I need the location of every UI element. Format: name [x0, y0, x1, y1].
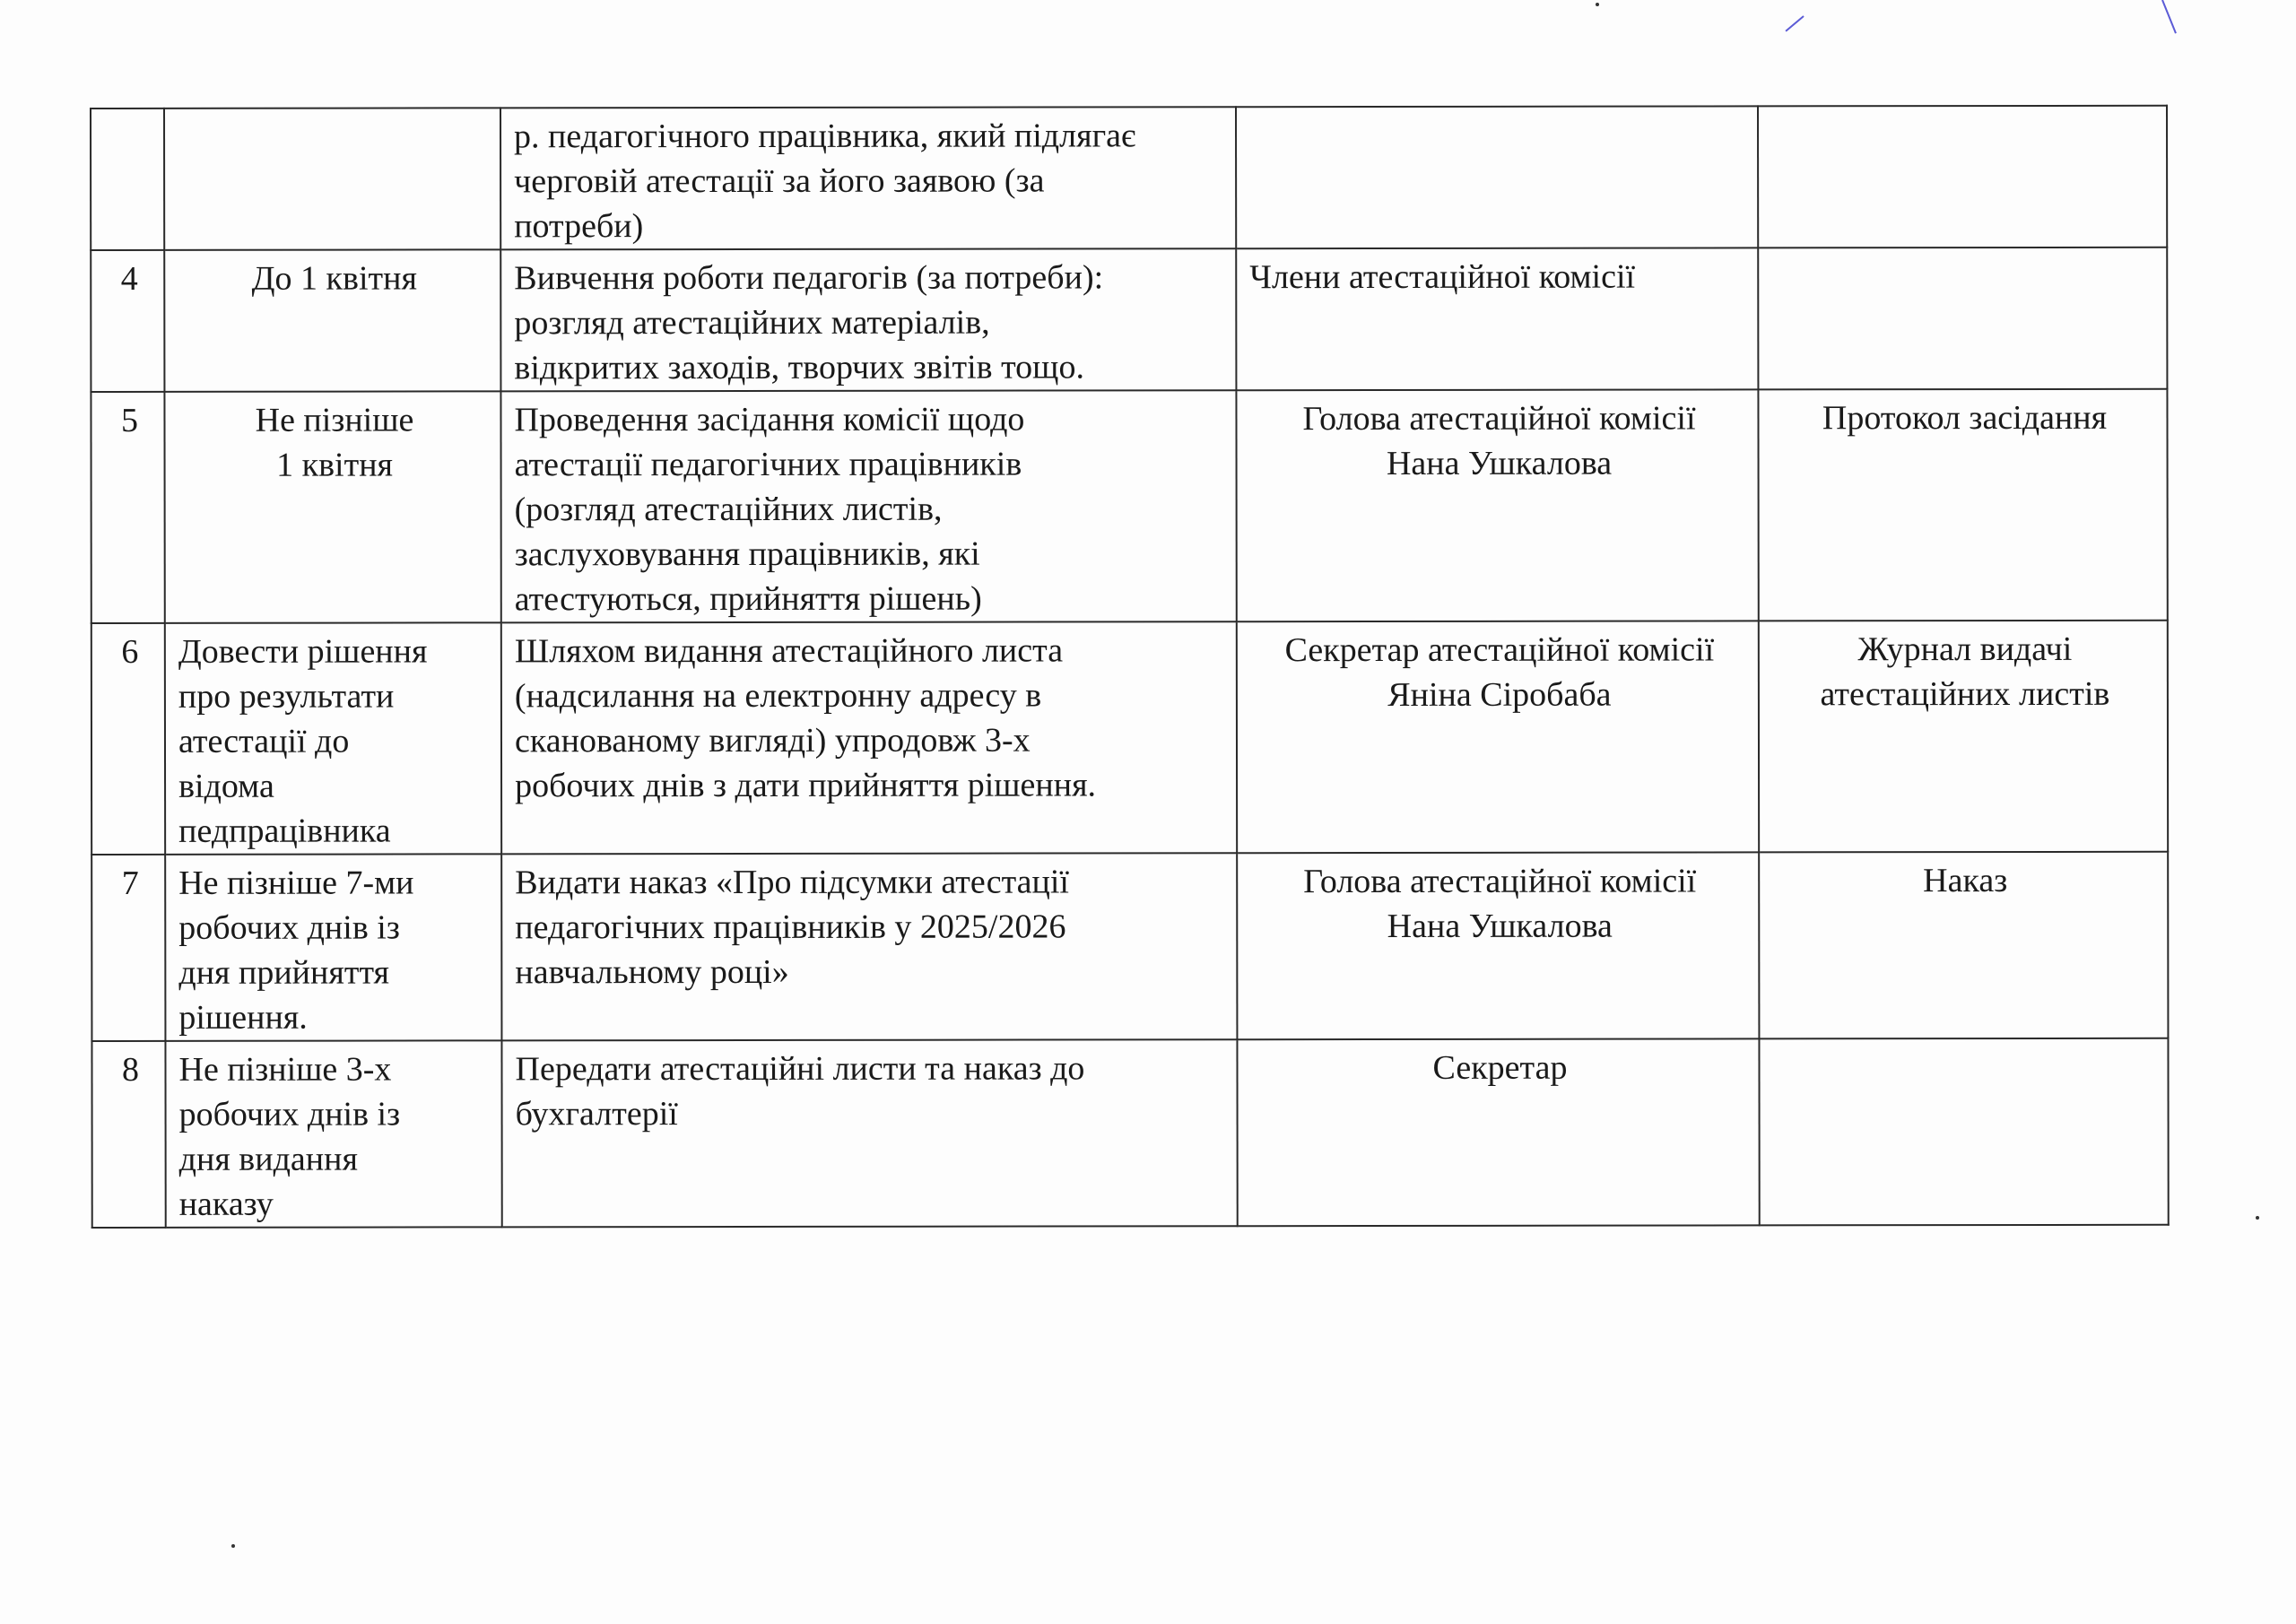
text-line: атестаційних листів — [1772, 672, 2158, 717]
row-deadline: До 1 квітня — [164, 249, 500, 392]
text-line: Не пізніше 7-ми — [178, 860, 491, 905]
row-description: Видати наказ «Про підсумки атестації пед… — [501, 853, 1237, 1040]
row-deadline: Довести рішення про результати атестації… — [165, 622, 501, 855]
row-document: Журнал видачі атестаційних листів — [1759, 621, 2168, 853]
table-row-8: 8 Не пізніше 3-х робочих днів із дня вид… — [91, 1038, 2168, 1228]
row-deadline — [164, 108, 500, 250]
row-document: Наказ — [1759, 852, 2168, 1039]
row-document: Протокол засідання — [1758, 389, 2167, 621]
scan-speck — [231, 1544, 235, 1548]
text-line: Журнал видачі — [1772, 627, 2158, 673]
text-line: Проведення засідання комісії щодо — [514, 396, 1226, 442]
row-description: Шляхом видання атестаційного листа (надс… — [501, 621, 1237, 854]
row-responsible: Секретар — [1237, 1038, 1759, 1226]
text-line: педагогічних працівників у 2025/2026 — [515, 904, 1227, 950]
row-responsible: Члени атестаційної комісії — [1236, 248, 1758, 390]
row-number: 5 — [91, 392, 164, 623]
text-line: заслуховування працівників, які — [515, 531, 1227, 577]
table-row-4: 4 До 1 квітня Вивчення роботи педагогів … — [91, 248, 2167, 392]
text-line: рішення. — [178, 994, 491, 1039]
text-line: Голова атестаційної комісії — [1250, 858, 1749, 904]
text-line: сканованому вигляді) упродовж 3-х — [515, 717, 1227, 763]
row-number — [91, 109, 164, 250]
text-line: Секретар — [1250, 1045, 1749, 1090]
table-row-5: 5 Не пізніше 1 квітня Проведення засідан… — [91, 389, 2167, 623]
scan-speck — [1596, 3, 1599, 6]
text-line: робочих днів із — [178, 905, 491, 950]
row-deadline: Не пізніше 7-ми робочих днів із дня прий… — [165, 854, 501, 1041]
text-line: відкритих заходів, творчих звітів тощо. — [514, 344, 1226, 390]
text-line: розгляд атестаційних матеріалів, — [514, 300, 1226, 345]
text-line: про результати — [178, 673, 491, 718]
scan-speck — [2256, 1216, 2259, 1220]
text-line: дня прийняття — [178, 950, 491, 994]
row-deadline: Не пізніше 3-х робочих днів із дня видан… — [165, 1040, 501, 1228]
row-description: Передати атестаційні листи та наказ до б… — [501, 1039, 1237, 1227]
text-line: Не пізніше 3-х — [178, 1046, 491, 1091]
text-line: атестації педагогічних працівників — [515, 441, 1227, 487]
text-line: (надсилання на електронну адресу в — [515, 673, 1227, 718]
scan-pen-mark — [2161, 0, 2177, 33]
text-line: Нана Ушкалова — [1250, 440, 1749, 486]
text-line: Протокол засідання — [1771, 395, 2157, 441]
row-responsible: Секретар атестаційної комісії Яніна Сіро… — [1237, 621, 1759, 853]
text-line: Яніна Сіробаба — [1250, 672, 1749, 717]
text-line: Шляхом видання атестаційного листа — [515, 628, 1227, 673]
text-line: Не пізніше — [178, 397, 491, 442]
text-line: 1 квітня — [178, 442, 491, 487]
attestation-plan-table: р. педагогічного працівника, який підляг… — [90, 105, 2170, 1229]
text-line: (розгляд атестаційних листів, — [515, 486, 1227, 532]
text-line: Вивчення роботи педагогів (за потреби): — [514, 255, 1226, 300]
text-line: наказу — [179, 1181, 492, 1226]
row-number: 7 — [91, 855, 165, 1041]
scan-pen-mark — [1785, 15, 1804, 31]
table-row-continuation: р. педагогічного працівника, який підляг… — [91, 106, 2167, 250]
text-line: робочих днів з дати прийняття рішення. — [515, 762, 1227, 808]
row-description: Вивчення роботи педагогів (за потреби): … — [500, 248, 1236, 391]
text-line: До 1 квітня — [178, 256, 491, 300]
row-responsible — [1236, 106, 1758, 248]
table-row-6: 6 Довести рішення про результати атестац… — [91, 621, 2168, 855]
text-line: р. педагогічного працівника, який підляг… — [514, 113, 1226, 159]
text-line: Члени атестаційної комісії — [1249, 254, 1748, 300]
text-line: робочих днів із — [179, 1091, 492, 1136]
text-line: Секретар атестаційної комісії — [1250, 627, 1749, 673]
scanned-page: р. педагогічного працівника, який підляг… — [0, 0, 2296, 1624]
text-line: Нана Ушкалова — [1250, 903, 1749, 949]
text-line: навчальному році» — [515, 949, 1227, 994]
text-line: атестуються, прийняття рішень) — [515, 576, 1227, 621]
row-description: р. педагогічного працівника, який підляг… — [500, 107, 1236, 249]
row-description: Проведення засідання комісії щодо атеста… — [500, 390, 1236, 622]
text-line: черговій атестації за його заявою (за — [514, 158, 1226, 204]
text-line: Голова атестаційної комісії — [1249, 395, 1748, 441]
row-document — [1759, 1038, 2168, 1226]
row-number: 8 — [91, 1041, 165, 1228]
text-line: відома — [178, 763, 491, 808]
text-line: Видати наказ «Про підсумки атестації — [515, 859, 1227, 905]
text-line: дня видання — [179, 1136, 492, 1181]
text-line: педпрацівника — [178, 808, 491, 853]
row-responsible: Голова атестаційної комісії Нана Ушкалов… — [1236, 389, 1758, 621]
row-document — [1758, 106, 2167, 248]
text-line: бухгалтерії — [516, 1090, 1228, 1136]
text-line: атестації до — [178, 718, 491, 763]
row-responsible: Голова атестаційної комісії Нана Ушкалов… — [1237, 852, 1759, 1039]
row-number: 6 — [91, 623, 165, 855]
row-number: 4 — [91, 250, 164, 392]
text-line: Довести рішення — [178, 629, 491, 673]
text-line: Передати атестаційні листи та наказ до — [515, 1046, 1227, 1091]
text-line: Наказ — [1772, 858, 2158, 904]
table-row-7: 7 Не пізніше 7-ми робочих днів із дня пр… — [91, 852, 2168, 1041]
row-deadline: Не пізніше 1 квітня — [164, 391, 500, 623]
text-line: потреби) — [514, 203, 1226, 248]
row-document — [1758, 248, 2167, 390]
